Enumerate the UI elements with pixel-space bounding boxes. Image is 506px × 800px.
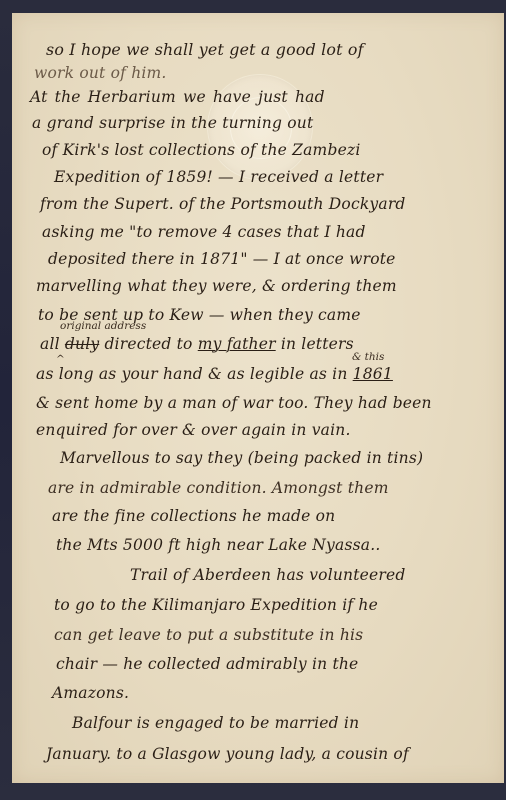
letter-line-15: enquired for over & over again in vain. — [36, 421, 351, 439]
letter-line-23: chair — he collected admirably in the — [56, 655, 358, 673]
interlinear-insert-and-this: & this — [352, 351, 384, 363]
text-segment: in letters — [276, 335, 354, 353]
letter-line-16: Marvellous to say they (being packed in … — [60, 449, 423, 467]
struck-word-duly: duly — [65, 335, 99, 353]
letter-line-13: as long as your hand & as legible as in … — [36, 365, 393, 383]
letter-line-3: At the Herbarium we have just had — [30, 88, 325, 106]
interlinear-insert-original-address: original address — [60, 320, 146, 332]
text-segment: all — [40, 335, 65, 353]
letter-page: so I hope we shall yet get a good lot of… — [12, 13, 504, 783]
letter-line-7: from the Supert. of the Portsmouth Docky… — [40, 195, 406, 213]
letter-line-1: so I hope we shall yet get a good lot of — [46, 41, 364, 59]
underlined-my-father: my father — [198, 335, 276, 353]
letter-line-24: Amazons. — [52, 684, 129, 702]
letter-line-21: to go to the Kilimanjaro Expedition if h… — [54, 596, 378, 614]
letter-line-25: Balfour is engaged to be married in — [72, 714, 359, 732]
letter-line-10: marvelling what they were, & ordering th… — [36, 277, 397, 295]
letter-line-5: of Kirk's lost collections of the Zambez… — [42, 141, 360, 159]
letter-line-26: January. to a Glasgow young lady, a cous… — [46, 745, 409, 763]
letter-line-8: asking me "to remove 4 cases that I had — [42, 223, 366, 241]
text-segment: as long as your hand & as legible as in — [36, 365, 353, 383]
letter-line-14: & sent home by a man of war too. They ha… — [36, 394, 432, 412]
letter-line-18: are the fine collections he made on — [52, 507, 335, 525]
letter-line-12: all duly directed to my father in letter… — [40, 335, 354, 353]
letter-line-6: Expedition of 1859! — I received a lette… — [54, 168, 383, 186]
caret-mark: ^ — [56, 353, 65, 365]
letter-line-9: deposited there in 1871" — I at once wro… — [48, 250, 396, 268]
letter-line-19: the Mts 5000 ft high near Lake Nyassa.. — [56, 536, 380, 554]
letter-line-2: work out of him. — [34, 64, 167, 82]
letter-line-20: Trail of Aberdeen has volunteered — [130, 566, 406, 584]
text-segment: directed to — [99, 335, 197, 353]
letter-line-22: can get leave to put a substitute in his — [54, 626, 363, 644]
letter-line-17: are in admirable condition. Amongst them — [48, 479, 389, 497]
underlined-year-1861: 1861 — [353, 365, 393, 383]
letter-line-4: a grand surprise in the turning out — [32, 114, 313, 132]
